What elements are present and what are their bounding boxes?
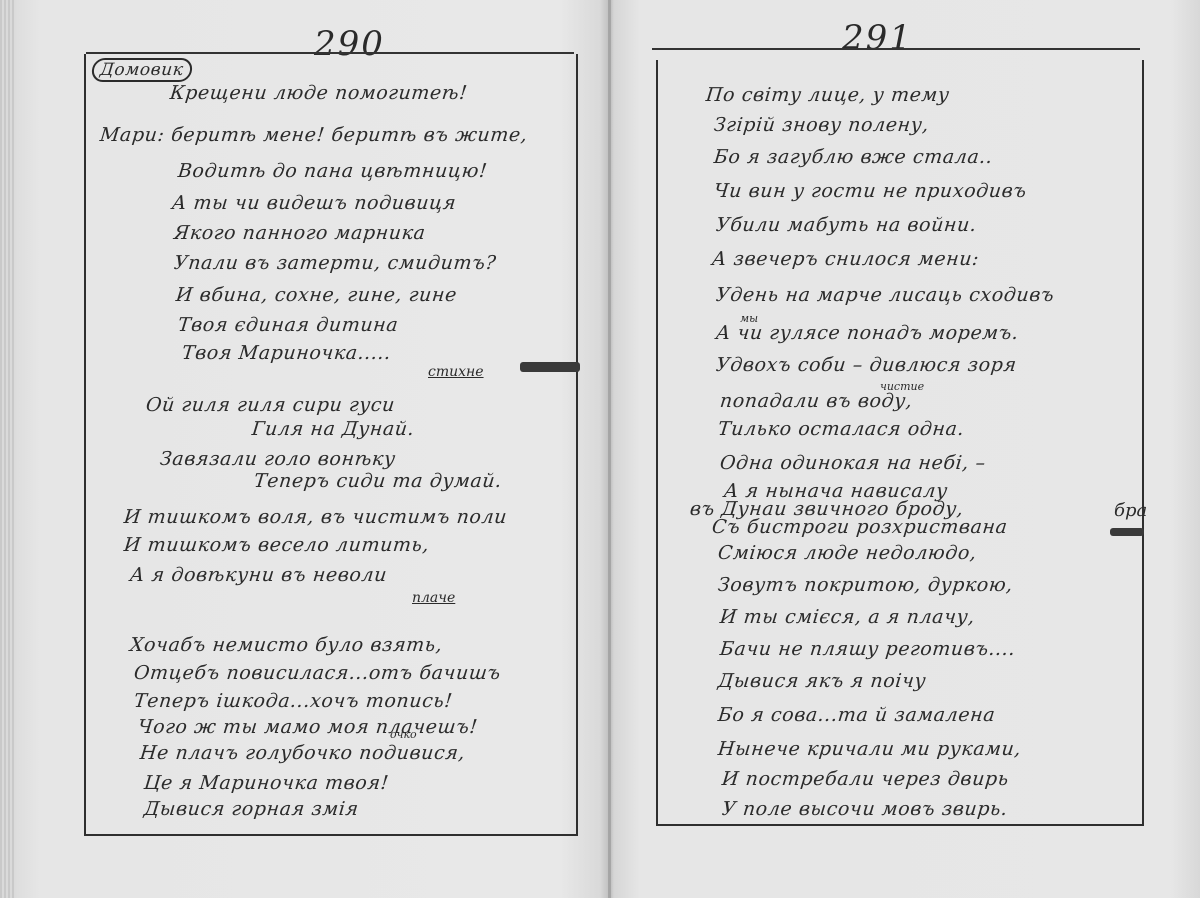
manuscript-line: Теперъ ішкода...хочъ топись! bbox=[133, 690, 454, 712]
margin-note-insertion: очко bbox=[390, 728, 417, 741]
manuscript-line: Дывися якъ я поічу bbox=[717, 670, 927, 692]
manuscript-line: У поле высочи мовъ звирь. bbox=[721, 798, 1009, 820]
manuscript-line: Чи вин у гости не приходивъ bbox=[713, 180, 1028, 202]
manuscript-line: Сміюся люде недолюдо, bbox=[717, 542, 978, 564]
ink-strikeout bbox=[520, 362, 580, 372]
manuscript-line: Нынече кричали ми руками, bbox=[717, 738, 1022, 760]
manuscript-line: Ой гиля гиля сири гуси bbox=[145, 394, 396, 416]
manuscript-line: Водитѣ до пана цвѣтницю! bbox=[177, 160, 489, 182]
manuscript-line: Якого панного марника bbox=[173, 222, 427, 244]
book-spine bbox=[608, 0, 611, 898]
manuscript-line: Твоя єдиная дитина bbox=[177, 314, 400, 336]
page-edges bbox=[0, 0, 14, 898]
manuscript-line: А я довѣкуни въ неволи bbox=[129, 564, 388, 586]
manuscript-line: И ты смієся, а я плачу, bbox=[719, 606, 976, 628]
manuscript-line: Удвохъ соби – дивлюся зоря bbox=[715, 354, 1018, 376]
header-rule-right bbox=[652, 48, 1140, 50]
manuscript-line: Зовутъ покритою, дуркою, bbox=[717, 574, 1014, 596]
manuscript-line: Чого ж ты мамо моя плачешъ! bbox=[137, 716, 479, 738]
margin-note-stage-direction: плаче bbox=[412, 590, 455, 606]
page-number-right: 291 bbox=[842, 18, 913, 58]
manuscript-line: Одна одинокая на небі, – bbox=[719, 452, 987, 474]
manuscript-line: И вбина, сохне, гине, гине bbox=[175, 284, 458, 306]
manuscript-line: И тишкомъ воля, въ чистимъ поли bbox=[123, 506, 508, 528]
manuscript-line: попадали въ воду, bbox=[719, 390, 914, 412]
manuscript-line: Упали въ затерти, смидитъ? bbox=[173, 252, 498, 274]
manuscript-line: Бо я загублю вже стала.. bbox=[713, 146, 994, 168]
manuscript-line: Мари: беритѣ мене! беритѣ въ жите, bbox=[99, 124, 529, 146]
manuscript-line: Тилько осталася одна. bbox=[717, 418, 966, 440]
margin-note-insertion: бра bbox=[1114, 500, 1147, 521]
manuscript-line: Згірій знову полену, bbox=[713, 114, 930, 136]
manuscript-line: Не плачъ голубочко подивися, bbox=[139, 742, 467, 764]
manuscript-line: Крещени люде помогитеѣ! bbox=[169, 82, 469, 104]
manuscript-line: Теперъ сиди та думай. bbox=[253, 470, 503, 492]
manuscript-line: Завязали голо вонѣку bbox=[159, 448, 397, 470]
manuscript-line: Съ бистроги розхриствана bbox=[711, 516, 1009, 538]
manuscript-line: По світу лице, у тему bbox=[705, 84, 951, 106]
manuscript-line: А чи гулясе понадъ моремъ. bbox=[715, 322, 1020, 344]
book-spread: 290 Домовик Крещени люде помогитеѣ! Мари… bbox=[0, 0, 1200, 898]
manuscript-line: Удень на марче лисаць сходивъ bbox=[715, 284, 1056, 306]
manuscript-line: Це я Мариночка твоя! bbox=[143, 772, 390, 794]
manuscript-line: И тишкомъ весело литить, bbox=[123, 534, 431, 556]
ink-strikeout bbox=[1110, 528, 1144, 536]
manuscript-line: Дывися горная змія bbox=[143, 798, 360, 820]
manuscript-line: Бачи не пляшу реготивъ.... bbox=[719, 638, 1017, 660]
speaker-heading: Домовик bbox=[91, 60, 193, 80]
manuscript-line: Убили мабуть на войни. bbox=[715, 214, 978, 236]
manuscript-line: Хочабъ немисто було взять, bbox=[129, 634, 444, 656]
manuscript-line: Бо я сова...та й замалена bbox=[717, 704, 997, 726]
margin-note-stage-direction: стихне bbox=[428, 364, 484, 380]
manuscript-line: И постребали через двирь bbox=[721, 768, 1010, 790]
manuscript-line: Твоя Мариночка..... bbox=[181, 342, 392, 364]
manuscript-line: Гиля на Дунай. bbox=[251, 418, 416, 440]
manuscript-line: А звечеръ снилося мени: bbox=[711, 248, 980, 270]
manuscript-line: Отцебъ повисилася...отъ бачишъ bbox=[133, 662, 502, 684]
manuscript-line: А ты чи видешъ подивиця bbox=[171, 192, 458, 214]
